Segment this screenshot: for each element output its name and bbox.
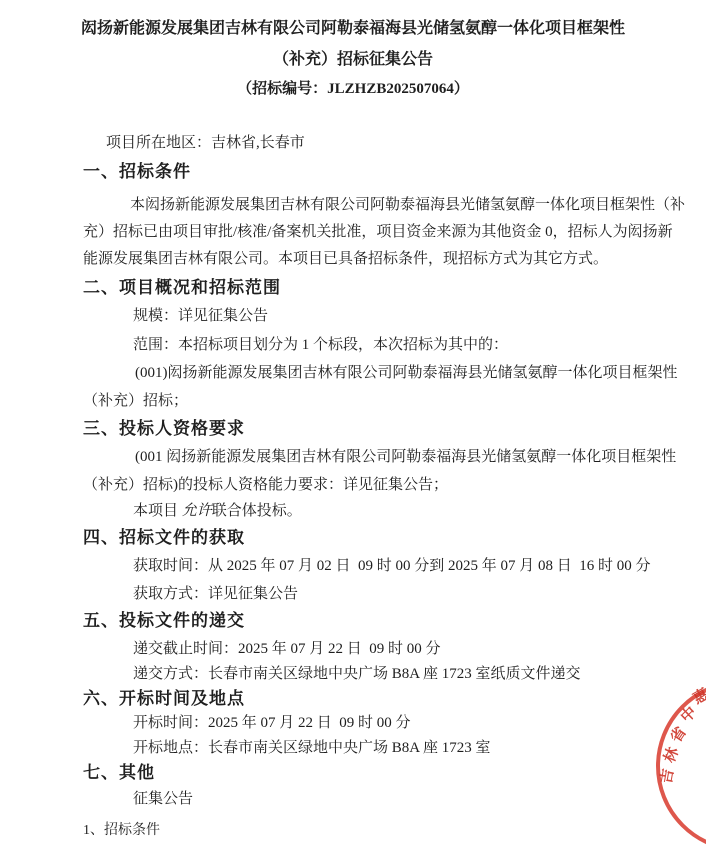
consortium-prefix: 本项目 [133, 503, 182, 519]
consortium-statement: 本项目 允许联合体投标。 [133, 502, 302, 521]
bid-opening-place: 开标地点：长春市南关区绿地中央广场 B8A 座 1723 室 [133, 739, 491, 758]
qualification-line1: (001 闳扬新能源发展集团吉林有限公司阿勒泰福海县光储氢氨醇一体化项目框架性 [135, 448, 676, 467]
project-scale: 规模：详见征集公告 [133, 307, 268, 326]
submission-deadline: 递交截止时间：2025 年 07 月 22 日 09 时 00 分 [133, 640, 441, 659]
section-5-heading: 五、投标文件的递交 [83, 611, 245, 630]
consortium-suffix: 联合体投标。 [212, 503, 302, 519]
official-seal-char-5: 吉 [660, 768, 677, 785]
section-4-heading: 四、招标文件的获取 [83, 528, 245, 547]
document-obtain-time: 获取时间：从 2025 年 07 月 02 日 09 时 00 分到 2025 … [133, 557, 651, 576]
bid-section-001-line1: (001)闳扬新能源发展集团吉林有限公司阿勒泰福海县光储氢氨醇一体化项目框架性 [135, 364, 678, 383]
section-1-text-line2: 充）招标已由项目审批/核准/备案机关批准，项目资金来源为其他资金 0，招标人为闳… [83, 223, 673, 242]
bid-opening-time: 开标时间：2025 年 07 月 22 日 09 时 00 分 [133, 714, 411, 733]
footer-item-1: 1、招标条件 [83, 821, 160, 840]
tender-number: （招标编号：JLZHZB202507064） [0, 80, 706, 99]
bid-section-001-line2: （补充）招标； [83, 392, 188, 411]
section-1-text-line3: 能源发展集团吉林有限公司。本项目已具备招标条件，现招标方式为其它方式。 [83, 250, 608, 269]
project-scope: 范围：本招标项目划分为 1 个标段，本次招标为其中的： [133, 336, 508, 355]
collection-announcement-label: 征集公告 [133, 790, 193, 809]
section-1-heading: 一、招标条件 [83, 162, 191, 181]
document-title-line2: （补充）招标征集公告 [0, 50, 706, 69]
document-obtain-method: 获取方式：详见征集公告 [133, 585, 298, 604]
document-title-line1: 闳扬新能源发展集团吉林有限公司阿勒泰福海县光储氢氨醇一体化项目框架性 [0, 19, 706, 38]
consortium-allowed-word: 允许 [182, 503, 212, 519]
section-3-heading: 三、投标人资格要求 [83, 419, 245, 438]
section-6-heading: 六、开标时间及地点 [83, 689, 245, 708]
document-page: 闳扬新能源发展集团吉林有限公司阿勒泰福海县光储氢氨醇一体化项目框架性 （补充）招… [0, 0, 706, 854]
qualification-line2: （补充）招标)的投标人资格能力要求：详见征集公告； [83, 476, 448, 495]
project-location: 项目所在地区：吉林省,长春市 [106, 134, 305, 153]
section-2-heading: 二、项目概况和招标范围 [83, 278, 281, 297]
submission-method: 递交方式：长春市南关区绿地中央广场 B8A 座 1723 室纸质文件递交 [133, 665, 581, 684]
section-7-heading: 七、其他 [83, 763, 155, 782]
section-1-text-line1: 本闳扬新能源发展集团吉林有限公司阿勒泰福海县光储氢氨醇一体化项目框架性（补 [130, 196, 685, 215]
